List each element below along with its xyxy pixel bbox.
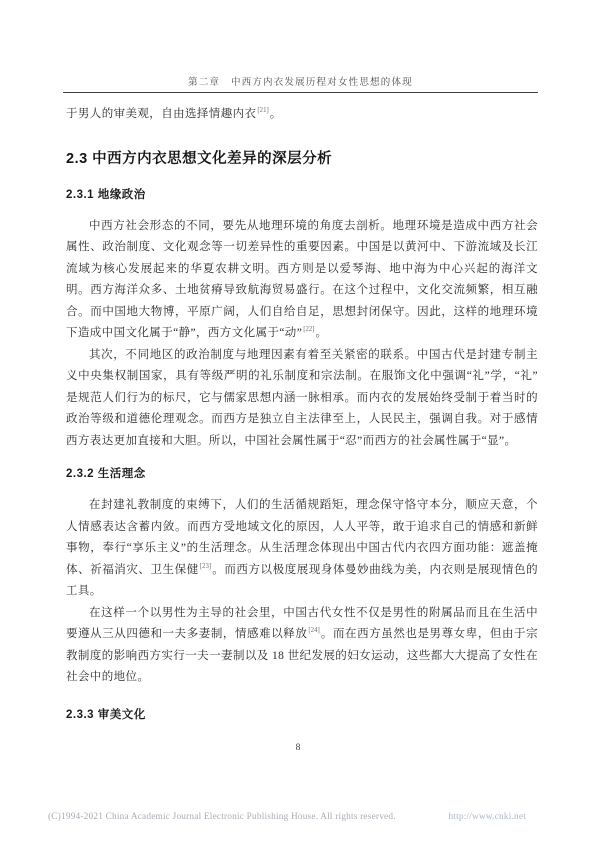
citation-ref-23: [23] (200, 563, 211, 570)
citation-ref-21: [21] (257, 107, 268, 114)
paragraph-text: 。 (270, 108, 282, 120)
page-footer: (C)1994-2021 China Academic Journal Elec… (48, 812, 526, 822)
subsection-heading-2-3-3: 2.3.3 审美文化 (66, 707, 538, 723)
paragraph-lifestyle-2: 在这样一个以男性为主导的社会里，中国古代女性不仅是男性的附属品而且在生活中要遵从… (66, 603, 538, 689)
page-content: 于男人的审美观，自由选择情趣内衣[21]。 2.3 中西方内衣思想文化差异的深层… (66, 104, 538, 736)
paragraph-lifestyle-1: 在封建礼教制度的束缚下，人们的生活循规蹈矩，理念保守恪守本分，顺应天意，个人情感… (66, 495, 538, 603)
section-heading-2-3: 2.3 中西方内衣思想文化差异的深层分析 (66, 149, 538, 169)
citation-ref-24: [24] (308, 627, 319, 634)
subsection-heading-2-3-1: 2.3.1 地缘政治 (66, 187, 538, 203)
running-header: 第二章 中西方内衣发展历程对女性思想的体现 (63, 74, 538, 93)
paragraph-geopolitics-1: 中西方社会形态的不同，要先从地理环境的角度去剖析。地理环境是造成中西方社会属性、… (66, 216, 538, 345)
paragraph-text: 中西方社会形态的不同，要先从地理环境的角度去剖析。地理环境是造成中西方社会属性、… (66, 220, 538, 340)
page-number: 8 (0, 743, 596, 753)
document-page: 第二章 中西方内衣发展历程对女性思想的体现 于男人的审美观，自由选择情趣内衣[2… (0, 0, 596, 843)
footer-url: http://www.cnki.net (448, 812, 526, 822)
paragraph-text: 于男人的审美观，自由选择情趣内衣 (66, 108, 256, 120)
paragraph-text: 。 (316, 327, 328, 339)
citation-ref-22: [22] (303, 326, 314, 333)
paragraph-continuation: 于男人的审美观，自由选择情趣内衣[21]。 (66, 104, 538, 126)
footer-copyright-text: (C)1994-2021 China Academic Journal Elec… (48, 812, 396, 822)
running-header-text: 第二章 中西方内衣发展历程对女性思想的体现 (188, 78, 413, 88)
paragraph-geopolitics-2: 其次，不同地区的政治制度与地理因素有着至关紧密的联系。中国古代是封建专制主义中央… (66, 345, 538, 453)
paragraph-text: 其次，不同地区的政治制度与地理因素有着至关紧密的联系。中国古代是封建专制主义中央… (66, 349, 538, 447)
subsection-heading-2-3-2: 2.3.2 生活理念 (66, 466, 538, 482)
